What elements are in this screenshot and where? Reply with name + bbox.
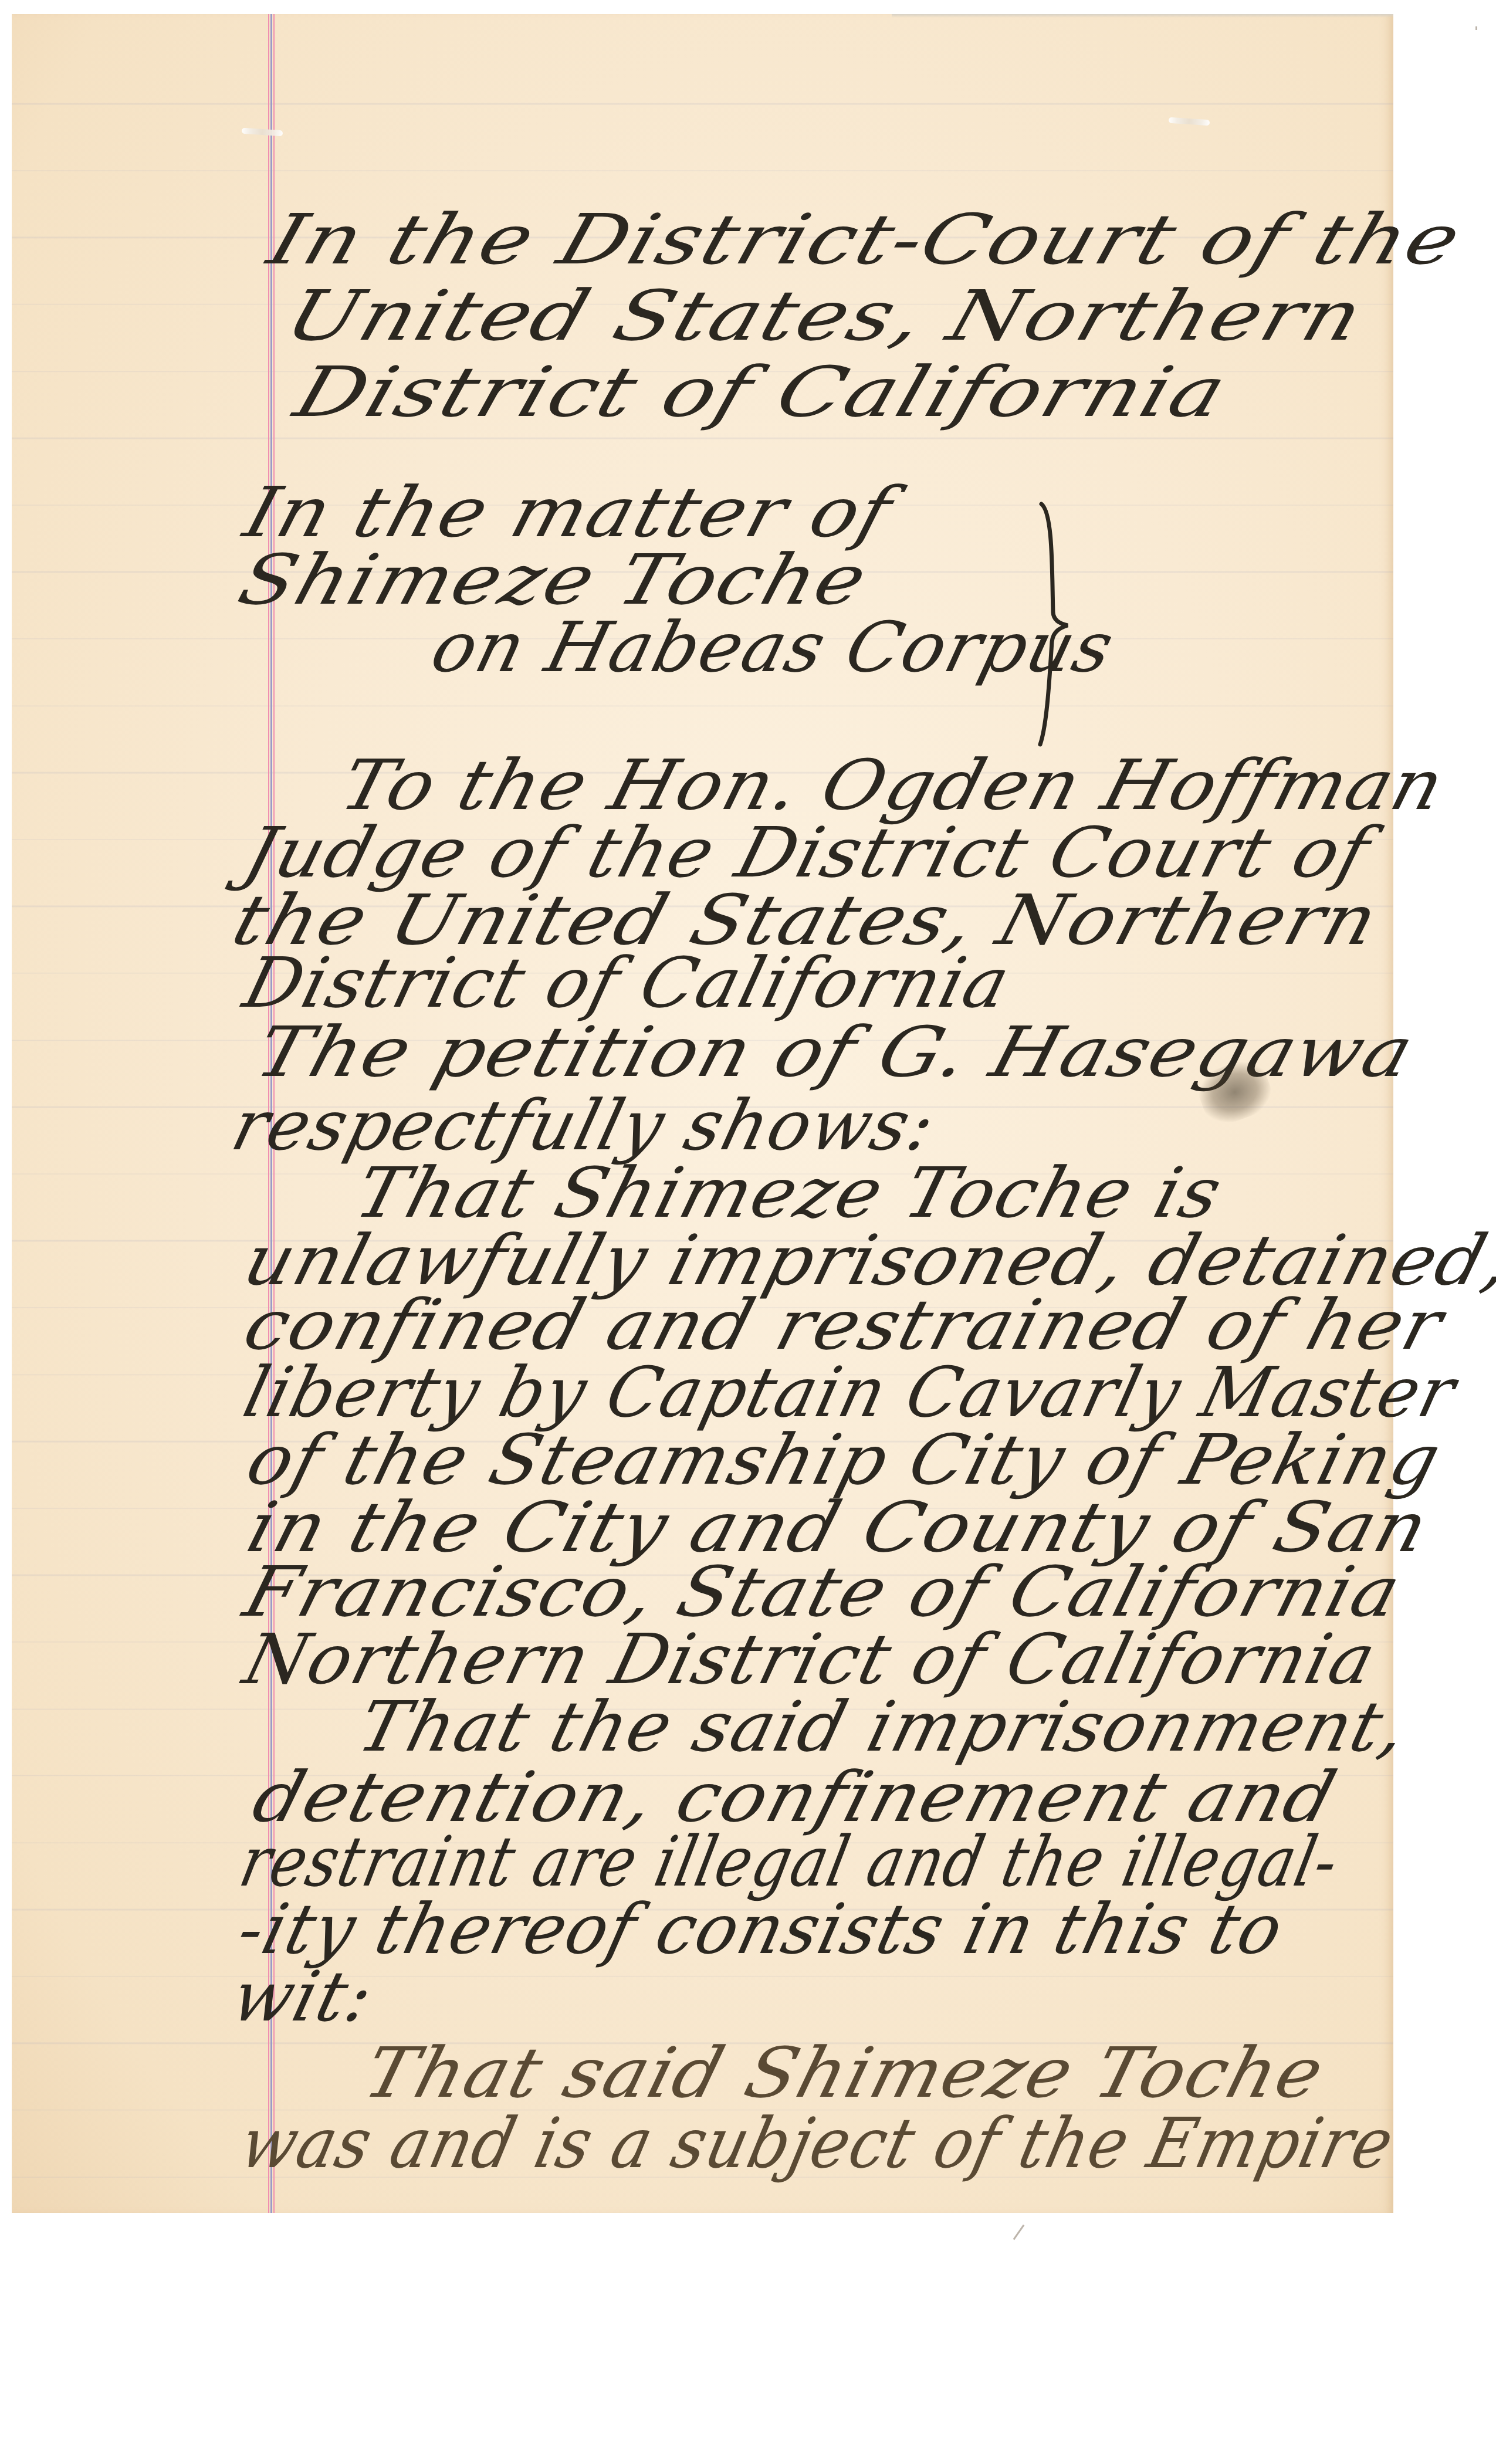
body-line-17: was and is a subject of the Empire (235, 2108, 1400, 2178)
court-caption-line-1: In the District-Court of the (261, 205, 1470, 274)
body-line-6: liberty by Captain Cavarly Master (238, 1358, 1463, 1427)
body-line-16: That said Shimeze Toche (358, 2038, 1331, 2107)
matter-caption-line-3: on Habeas Corpus (425, 612, 1121, 682)
body-line-3: That Shimeze Toche is (349, 1158, 1229, 1227)
body-line-13: restraint are illegal and the illegal- (235, 1827, 1345, 1896)
body-line-9: Francisco, State of California (238, 1557, 1408, 1626)
scan-speck (1475, 26, 1477, 30)
matter-caption-line-1: In the matter of (238, 478, 900, 547)
body-line-7: of the Steamship City of Peking (241, 1425, 1448, 1494)
body-line-5: confined and restrained of her (238, 1290, 1450, 1359)
address-line-1: To the Hon. Ogden Hoffman (334, 750, 1452, 820)
body-line-15: wit: (226, 1962, 380, 2031)
body-line-10: Northern District of California (238, 1624, 1383, 1694)
court-caption-line-3: District of California (287, 357, 1235, 427)
matter-caption-line-2: Shimeze Toche (232, 545, 875, 614)
scan-speck (1013, 2225, 1025, 2240)
caption-brace-icon (1035, 501, 1077, 747)
court-caption-line-2: United States, Northern (279, 281, 1372, 350)
document-page: In the District-Court of the United Stat… (12, 14, 1393, 2213)
body-line-11: That the said imprisonment, (352, 1692, 1414, 1761)
body-line-2: respectfully shows: (226, 1091, 942, 1160)
body-line-14: -ity thereof consists in this to (232, 1894, 1290, 1964)
address-line-4: District of California (238, 948, 1017, 1017)
address-line-2: Judge of the District Court of (238, 818, 1377, 887)
